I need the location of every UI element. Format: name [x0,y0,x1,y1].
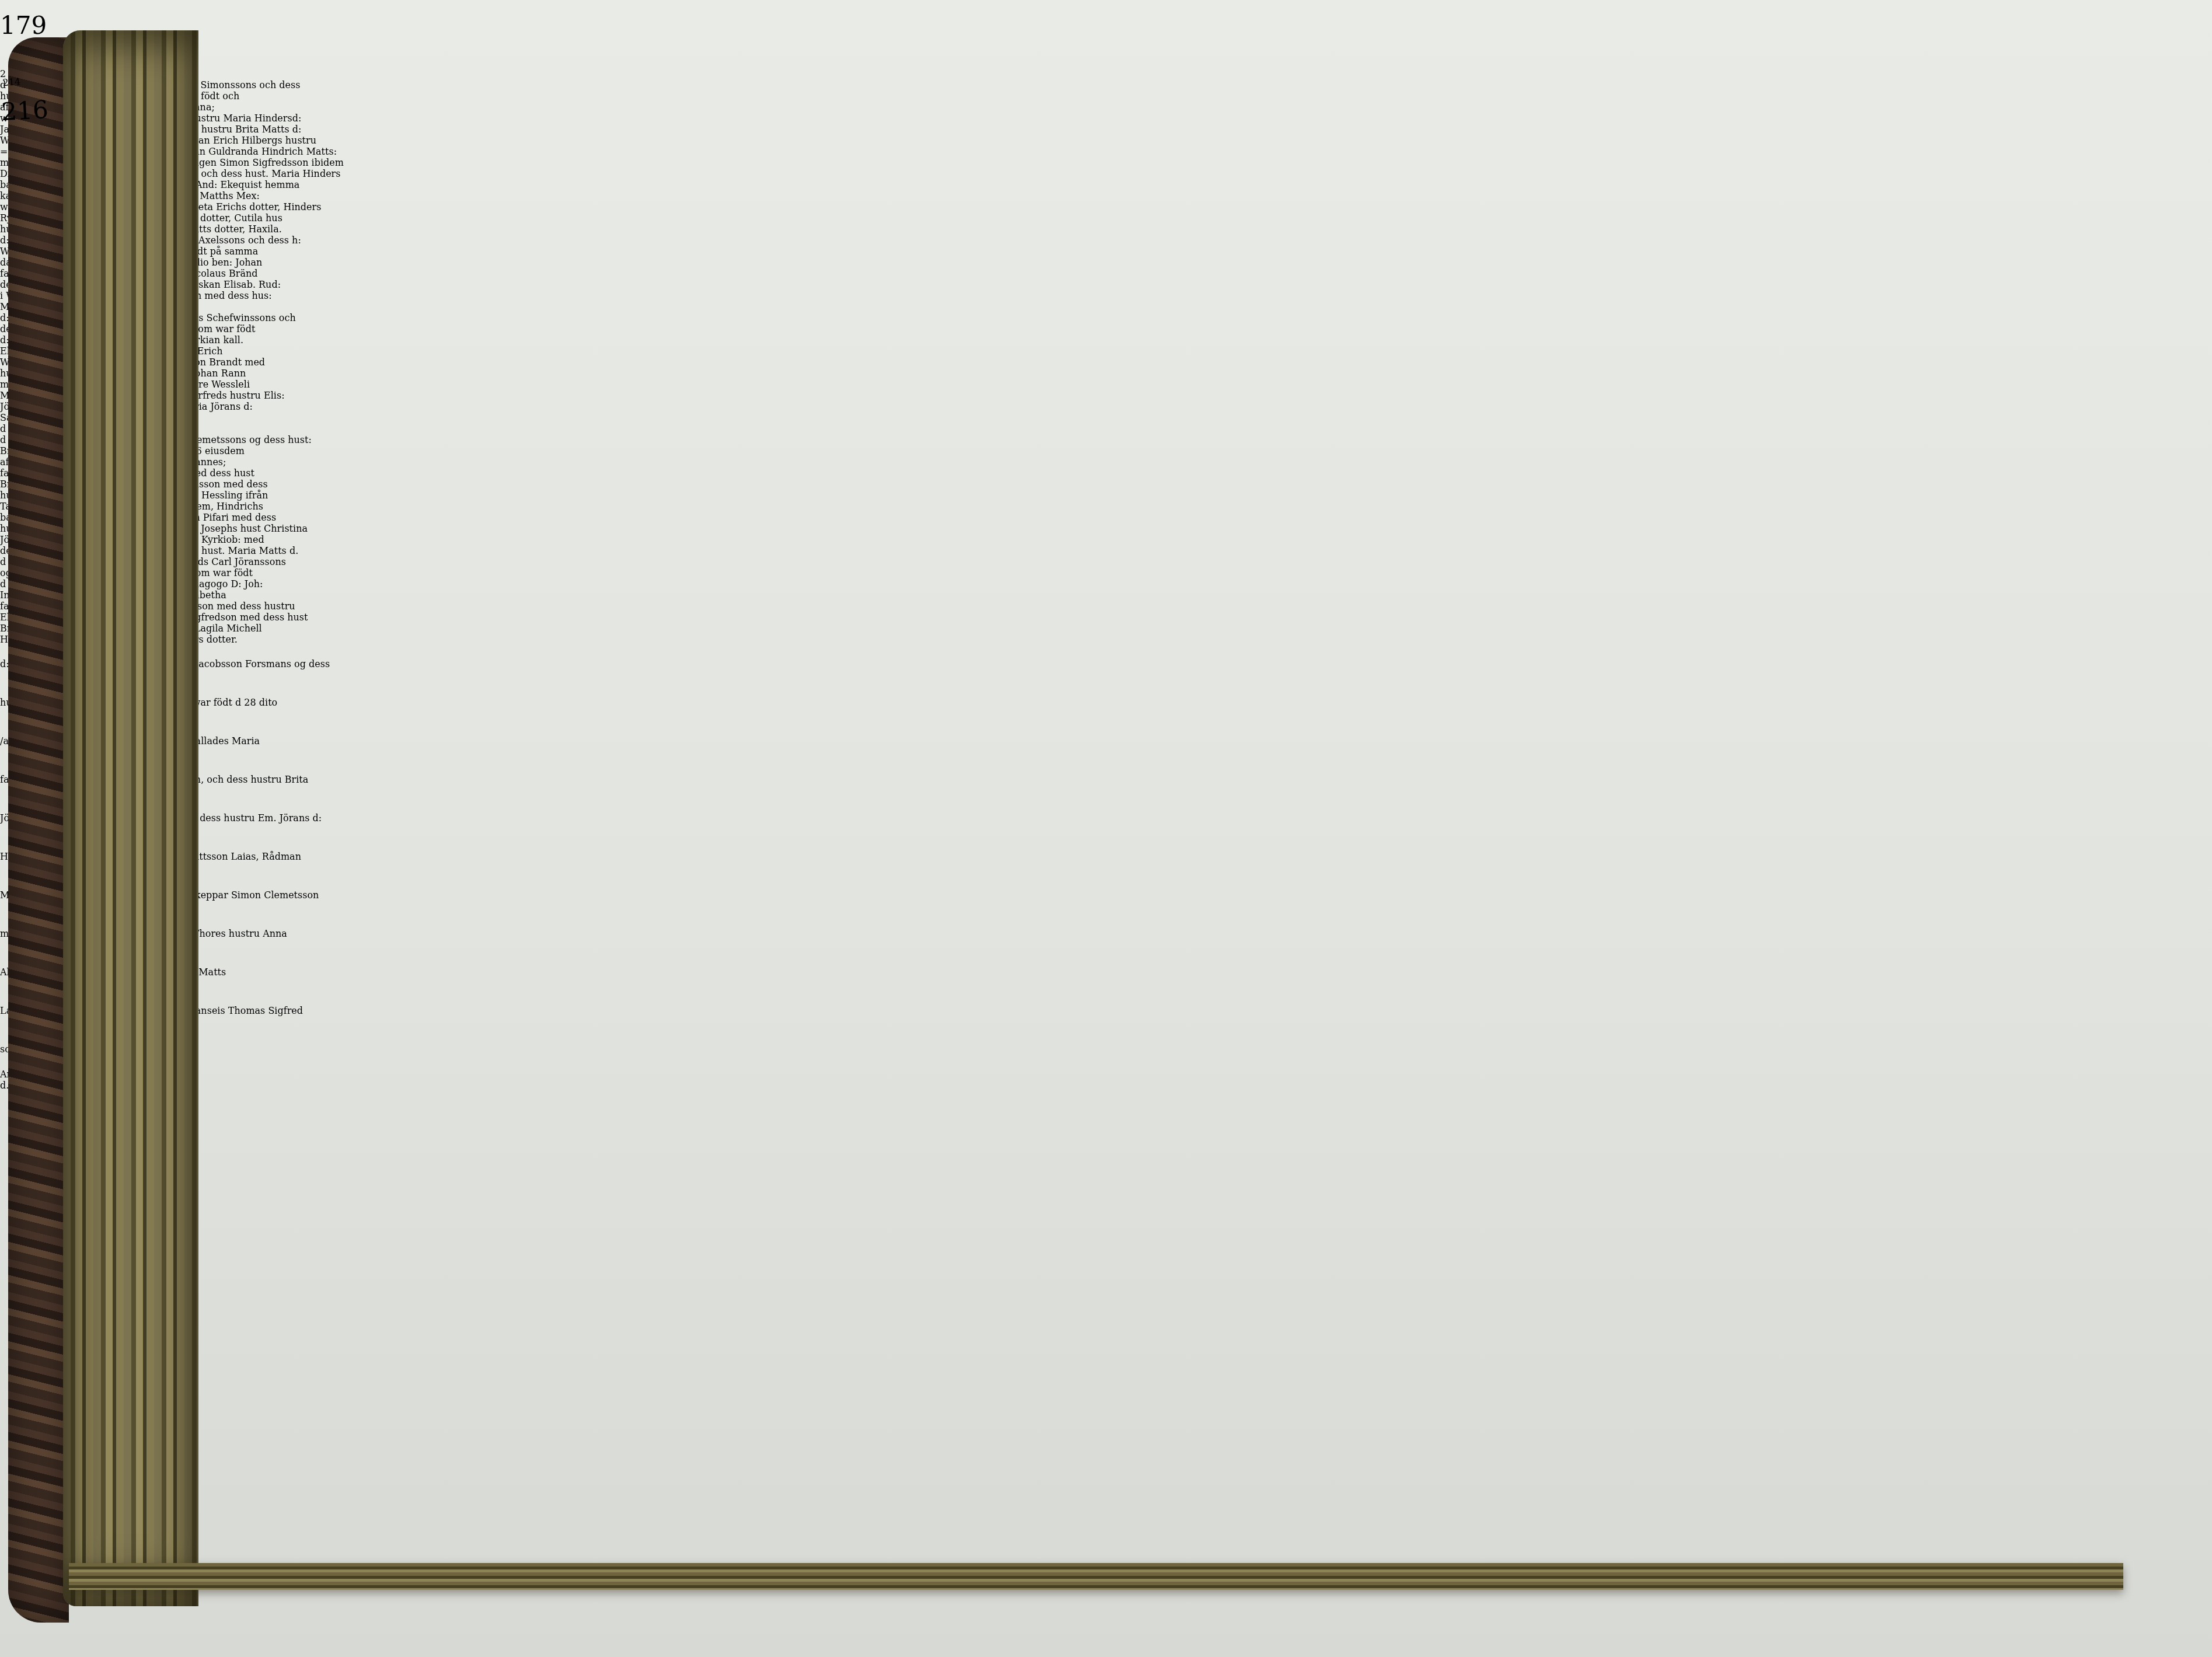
manuscript-line: Jörans dotter, Jacob Obenskes hustru Mar… [0,401,2212,412]
manuscript-line: dess hust. Maria Matts dotter, Wägerskan… [0,545,2212,556]
manuscript-line: Jörans dotter ibidem, Matt Mattsson ifrå… [0,534,2212,545]
manuscript-line: Matthias hustru Walborg Jörans dotter, S… [0,876,2212,915]
manuscript-line: med dess hust. Anna Michels d., Tessais … [0,915,2212,953]
register-entry-29-february: d: 29. Febr:Christnades, Bårgarens And. … [0,645,2212,1069]
photo-of-open-register: 214 179 216 2 d 28 Octobr:Christnades, G… [0,0,2212,1657]
register-entry-12-january: d 12 JanuarijChristnades, Lagila Landbon… [0,556,2212,645]
manuscript-line: Taimo drängen Michall Hindrichsson ibide… [0,501,2212,512]
manuscript-line: Matt Erichsson, med dess hust Michel Her… [0,390,2212,401]
manuscript-line: =bergs Hindrichs dotter, Landbonden ifrå… [0,146,2212,157]
fore-edge-number: 2 [0,68,2212,79]
register-entry-dito: DitoChristnades Bårgarens Simon Cutilas … [0,168,2212,235]
manuscript-line: Rydoinen med dess hust: Walborg Anders d… [0,212,2212,224]
right-catchword: d. 2 Mart [0,1080,2212,1091]
manuscript-line: hust Elisab. Matths dotter, Monsiöör And… [0,490,2212,501]
manuscript-line: /af aduid: Dno Simon Fabricio i Kyrkian … [0,722,2212,761]
manuscript-line: af Hr And: Ekequist hemma, kallades Joha… [0,456,2212,468]
manuscript-line: Brita Matts dotters barn/ som war födt d… [0,445,2212,456]
book-cover-left-edge [8,37,69,1623]
left-page-text: d 28 Octobr:Christnades, Guldranda And: … [0,79,2212,423]
manuscript-line: d: 17 eiusdem:/ af Hr Simon Fabricio i K… [0,334,2212,346]
manuscript-line: d 12 JanuarijChristnades, Lagila Landbon… [0,556,2212,567]
manuscript-line: d: 29. Febr:Christnades, Bårgarens And. … [0,645,2212,683]
manuscript-line: faddrarna woro, Rådm: Petter Hafwerman, … [0,761,2212,799]
manuscript-line: d 10 eiusdem:/ af Hr And: Ekequist af Pä… [0,578,2212,589]
page-stack-left [63,30,198,1606]
manuscript-line: dag:/ af Hr And: Ekequist hemma på Wladi… [0,257,2212,268]
manuscript-line: dess hust. Elisab: Anders dotters barn /… [0,323,2212,334]
manuscript-line: Margreta Skalts dotter ibidem. [0,301,2212,312]
year-heading: Anno 1712. [0,1069,2212,1080]
manuscript-line: og dess hustru Brata Lars dotters barn, … [0,567,2212,578]
manuscript-line: Ingwallio hemma på Lagila, kallades Elis… [0,589,2212,601]
manuscript-line: Jacob Mattsson ifrån Norrgårds med dess … [0,124,2212,135]
manuscript-line: son med dess hust. Walborg Sigfreds d. [0,1030,2212,1069]
manuscript-line: d: 19 Nove:Christnades, Bårgarens Matths… [0,312,2212,323]
manuscript-line: Wälle hustrun Sophia Jöransdotter, Båtsm… [0,135,2212,146]
manuscript-line: Hindrichsson med dess hustru Elisab. Lar… [0,634,2212,645]
manuscript-line: faddrarna woro, Bårgaren Hindrich Jörans… [0,601,2212,612]
manuscript-line: d 8 DecembrChristnades, Luolala And. Cle… [0,434,2212,445]
manuscript-line: Hindrich Tomass. Lythraeus, Hindrich Mat… [0,838,2212,876]
manuscript-line: faddrarna, Clemets Simon Mårtensson med … [0,468,2212,479]
manuscript-line: Wutaia, och Rytmästaren Hr And: Johanson… [0,357,2212,368]
manuscript-line: hust. Maria Jacobs dotter ibidem, Wäfver… [0,523,2212,534]
right-page-text: d 8 DecembrChristnades, Luolala And. Cle… [0,434,2212,1069]
manuscript-line: barn/ som war födt på samma dag/ af Hr A… [0,179,2212,190]
register-entry-19-november: d: 19 Nove:Christnades, Bårgarens Matths… [0,312,2212,423]
manuscript-line: dess frun Catharina Bergs, frun Professo… [0,279,2212,290]
register-entry-4-november: d: 4 Novemb.Christnades, Wladio Matths A… [0,235,2212,312]
manuscript-line: bakarn ifrån Råndasl, item Jören Jöranso… [0,512,2212,523]
manuscript-line: Bretta Sigfreds dotter, gamala mor ifrån… [0,623,2212,634]
manuscript-line: faddrarna woro; Lektor i Wiborg Mag. Nic… [0,268,2212,279]
manuscript-line: Alexs dotter, Haude Modren eller Hagars … [0,953,2212,992]
manuscript-line: Walborg Simons dotters barn: som war föd… [0,246,2212,257]
manuscript-line: med dess hustru Christina Jacobs d:, drä… [0,157,2212,168]
manuscript-line: woro, Bårgaren Jacob Mansti med dess hus… [0,113,2212,124]
manuscript-line: hustrun Anna Jacobs dotter, Pig: Anna Ma… [0,224,2212,235]
manuscript-line: Brita Hindrichs dotter, Carsisti Lars Jö… [0,479,2212,490]
manuscript-line: wächtaren Erich Sjöll med dess hust: Agn… [0,201,2212,212]
manuscript-line: d: 4 Novemb.Christnades, Wladio Matths A… [0,235,2212,246]
manuscript-line: kallades Anna; faddrarna woro, Wäfvaren … [0,190,2212,201]
circled-text: Matths [200,190,233,201]
register-entry-8-december: d 8 DecembrChristnades, Luolala And. Cle… [0,434,2212,556]
manuscript-line: Elisabetha; faddrarna woro Tullnären Hr … [0,346,2212,357]
manuscript-line: Jörans d:, Kantor Gustafsson Hilman med … [0,799,2212,838]
manuscript-line: Elisab: Hindrichs dotter, Jacob Sigfred … [0,612,2212,623]
manuscript-line: med dess hust Maria Anders dotter, Wägar… [0,379,2212,390]
manuscript-line: i Wöirio, drängen Johan Michall Johansso… [0,290,2212,301]
manuscript-line: DitoChristnades Bårgarens Simon Cutilas … [0,168,2212,179]
book-cover-bottom-edge [50,1576,2149,1613]
manuscript-line: hustru Maria Michels dotters barn; som w… [0,683,2212,722]
struck-text: Johan [235,257,262,268]
manuscript-line: Sanmalaio Pigan Agneta Matts dotter. [0,412,2212,423]
left-catchword: d 8 Decembr. [0,423,2212,434]
manuscript-line: hust. Christina Anders dotter, Bårgaren … [0,368,2212,379]
manuscript-line: Lars Erichssons hustru Anna Matts d:, St… [0,992,2212,1030]
